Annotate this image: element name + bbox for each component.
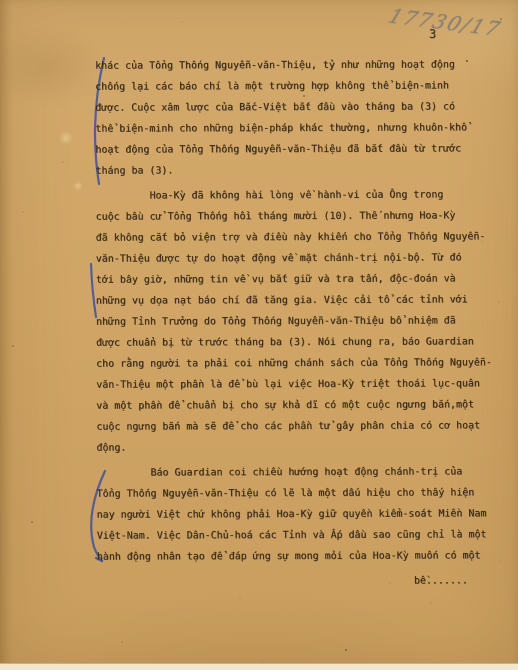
text-line: hoạt động của Tổng Thống Nguyễn-văn-Thiệ… <box>95 138 479 160</box>
text-line: cuộc bầu cử Tổng Thống hồi tháng mười (1… <box>96 205 480 227</box>
text-line: tới bây giờ, những tin về vụ bắt giữ và … <box>96 268 480 290</box>
text-line: Việt-Nam. Việc Dân-Chủ-hoá các Tỉnh và Ấ… <box>97 524 481 546</box>
text-line: thể biện-minh cho những biện-pháp khác t… <box>95 117 479 139</box>
scanned-document-screenshot: 17730/17 3 khác của Tổng Thống Nguyễn-vă… <box>0 0 518 670</box>
text-line: chống lại các báo chí là một trường hợp … <box>95 75 479 97</box>
paper-bottom-edge <box>0 663 518 670</box>
typed-text-block: khác của Tổng Thống Nguyễn-văn-Thiệu, tỷ… <box>95 54 481 592</box>
text-line: nay người Việt chứ không phải Hoa-Kỳ giữ… <box>97 503 481 525</box>
text-line: Tổng Thống Nguyễn-văn-Thiệu có lẽ là một… <box>97 482 481 504</box>
text-line: Báo Guardian coi chiều hướng hoạt động c… <box>96 461 480 483</box>
text-line: động. <box>96 436 480 458</box>
text-line: văn-Thiệu một phần là để bù lại việc Hoa… <box>96 373 480 395</box>
continuation-catchword: bề....... <box>97 570 481 592</box>
page-number: 3 <box>429 27 436 41</box>
text-line: những vụ dọa nạt báo chí đã tăng gia. Vi… <box>96 289 480 311</box>
text-line: cho rằng người ta phải coi những chánh s… <box>96 352 480 374</box>
text-line: văn-Thiệu được tự do hoạt động về mặt ch… <box>96 247 480 269</box>
text-line: Hoa-Kỳ đã không hài lòng về hành-vi của … <box>96 184 480 206</box>
text-line: tháng ba (3). <box>95 159 479 181</box>
paragraph-2: Hoa-Kỳ đã không hài lòng về hành-vi của … <box>96 184 481 458</box>
paragraph-1: khác của Tổng Thống Nguyễn-văn-Thiệu, tỷ… <box>95 54 479 181</box>
text-line: được. Cuộc xâm lược của Bắc-Việt bắt đầu… <box>95 96 479 118</box>
text-line: hành động nhân tạo để đáp ứng sự mong mỏ… <box>97 545 481 567</box>
text-line: khác của Tổng Thống Nguyễn-văn-Thiệu, tỷ… <box>95 54 479 76</box>
text-line: đã không cắt bỏ viện trợ và điều này khi… <box>96 226 480 248</box>
text-line: cuộc ngưng bắn mà sẽ để cho các phần tử … <box>96 415 480 437</box>
paragraph-3: Báo Guardian coi chiều hướng hoạt động c… <box>96 461 480 567</box>
text-line: những Tỉnh Trưởng do Tổng Thống Nguyễn-v… <box>96 310 480 332</box>
paper-grain-specks <box>0 0 2 2</box>
text-line: được chuẩn bị từ trước tháng ba (3). Nói… <box>96 331 480 353</box>
text-line: và một phần để chuẩn bị cho sự khả dĩ có… <box>96 394 480 416</box>
